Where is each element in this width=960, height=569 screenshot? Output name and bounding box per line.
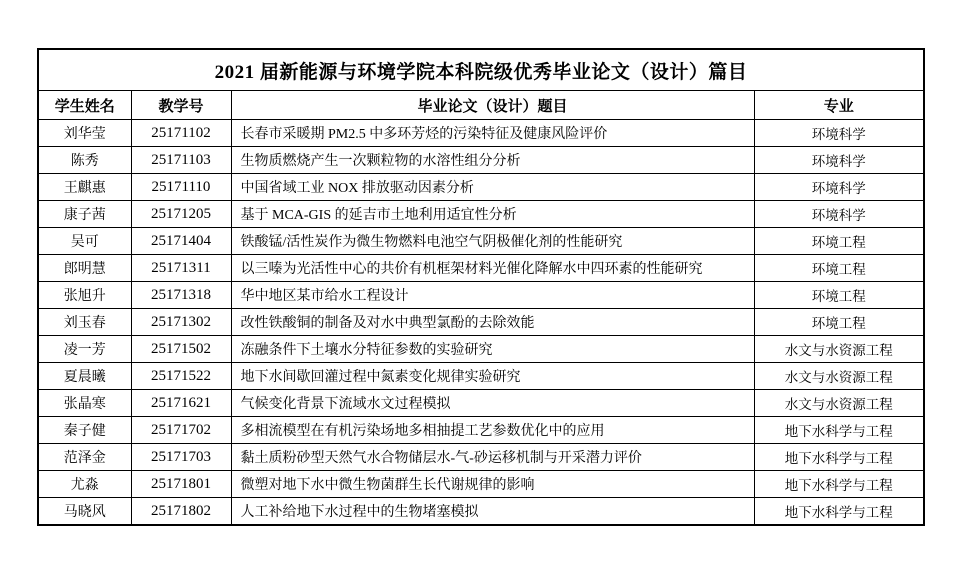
student-name-cell: 张晶寒 — [38, 390, 131, 417]
student-id-cell: 25171102 — [131, 120, 231, 147]
table-row: 王麒惠25171110中国省域工业 NOX 排放驱动因素分析环境科学 — [38, 174, 924, 201]
column-header-student-name: 学生姓名 — [38, 91, 131, 120]
table-title-row: 2021 届新能源与环境学院本科院级优秀毕业论文（设计）篇目 — [38, 49, 924, 91]
student-id-cell: 25171801 — [131, 471, 231, 498]
student-name-cell: 王麒惠 — [38, 174, 131, 201]
thesis-title-cell: 改性铁酸铜的制备及对水中典型氯酚的去除效能 — [231, 309, 754, 336]
student-id-cell: 25171702 — [131, 417, 231, 444]
major-cell: 环境工程 — [754, 282, 924, 309]
table-row: 吴可25171404铁酸锰/活性炭作为微生物燃料电池空气阴极催化剂的性能研究环境… — [38, 228, 924, 255]
major-cell: 水文与水资源工程 — [754, 363, 924, 390]
student-name-cell: 刘玉春 — [38, 309, 131, 336]
student-name-cell: 凌一芳 — [38, 336, 131, 363]
document-page: 2021 届新能源与环境学院本科院级优秀毕业论文（设计）篇目 学生姓名 教学号 … — [0, 0, 960, 569]
student-name-cell: 秦子健 — [38, 417, 131, 444]
student-name-cell: 吴可 — [38, 228, 131, 255]
column-header-student-id: 教学号 — [131, 91, 231, 120]
table-header-row: 学生姓名 教学号 毕业论文（设计）题目 专业 — [38, 91, 924, 120]
table-row: 尤淼25171801微塑对地下水中微生物菌群生长代谢规律的影响地下水科学与工程 — [38, 471, 924, 498]
student-name-cell: 康子茜 — [38, 201, 131, 228]
student-id-cell: 25171205 — [131, 201, 231, 228]
student-id-cell: 25171703 — [131, 444, 231, 471]
student-name-cell: 张旭升 — [38, 282, 131, 309]
student-name-cell: 尤淼 — [38, 471, 131, 498]
major-cell: 地下水科学与工程 — [754, 498, 924, 526]
student-id-cell: 25171318 — [131, 282, 231, 309]
thesis-title-cell: 长春市采暖期 PM2.5 中多环芳烃的污染特征及健康风险评价 — [231, 120, 754, 147]
table-row: 陈秀25171103生物质燃烧产生一次颗粒物的水溶性组分分析环境科学 — [38, 147, 924, 174]
thesis-title-cell: 华中地区某市给水工程设计 — [231, 282, 754, 309]
table-row: 凌一芳25171502冻融条件下土壤水分特征参数的实验研究水文与水资源工程 — [38, 336, 924, 363]
student-id-cell: 25171621 — [131, 390, 231, 417]
student-name-cell: 夏晨曦 — [38, 363, 131, 390]
student-id-cell: 25171802 — [131, 498, 231, 526]
major-cell: 环境科学 — [754, 120, 924, 147]
table-title: 2021 届新能源与环境学院本科院级优秀毕业论文（设计）篇目 — [38, 49, 924, 91]
major-cell: 环境工程 — [754, 255, 924, 282]
table-body: 刘华莹25171102长春市采暖期 PM2.5 中多环芳烃的污染特征及健康风险评… — [38, 120, 924, 526]
thesis-title-cell: 黏土质粉砂型天然气水合物储层水-气-砂运移机制与开采潜力评价 — [231, 444, 754, 471]
major-cell: 环境工程 — [754, 309, 924, 336]
major-cell: 地下水科学与工程 — [754, 417, 924, 444]
major-cell: 水文与水资源工程 — [754, 390, 924, 417]
thesis-title-cell: 中国省域工业 NOX 排放驱动因素分析 — [231, 174, 754, 201]
student-id-cell: 25171311 — [131, 255, 231, 282]
student-id-cell: 25171404 — [131, 228, 231, 255]
column-header-thesis-title: 毕业论文（设计）题目 — [231, 91, 754, 120]
student-id-cell: 25171103 — [131, 147, 231, 174]
student-name-cell: 马晓风 — [38, 498, 131, 526]
major-cell: 环境科学 — [754, 147, 924, 174]
column-header-major: 专业 — [754, 91, 924, 120]
thesis-title-cell: 生物质燃烧产生一次颗粒物的水溶性组分分析 — [231, 147, 754, 174]
thesis-table: 2021 届新能源与环境学院本科院级优秀毕业论文（设计）篇目 学生姓名 教学号 … — [37, 48, 925, 526]
thesis-title-cell: 冻融条件下土壤水分特征参数的实验研究 — [231, 336, 754, 363]
student-id-cell: 25171502 — [131, 336, 231, 363]
student-id-cell: 25171302 — [131, 309, 231, 336]
major-cell: 地下水科学与工程 — [754, 444, 924, 471]
table-row: 张晶寒25171621气候变化背景下流域水文过程模拟水文与水资源工程 — [38, 390, 924, 417]
student-id-cell: 25171522 — [131, 363, 231, 390]
table-row: 康子茜25171205基于 MCA-GIS 的延吉市土地利用适宜性分析环境科学 — [38, 201, 924, 228]
thesis-title-cell: 基于 MCA-GIS 的延吉市土地利用适宜性分析 — [231, 201, 754, 228]
table-row: 秦子健25171702多相流模型在有机污染场地多相抽提工艺参数优化中的应用地下水… — [38, 417, 924, 444]
student-name-cell: 刘华莹 — [38, 120, 131, 147]
major-cell: 环境科学 — [754, 174, 924, 201]
table-row: 刘玉春25171302改性铁酸铜的制备及对水中典型氯酚的去除效能环境工程 — [38, 309, 924, 336]
major-cell: 环境工程 — [754, 228, 924, 255]
thesis-title-cell: 多相流模型在有机污染场地多相抽提工艺参数优化中的应用 — [231, 417, 754, 444]
student-name-cell: 陈秀 — [38, 147, 131, 174]
thesis-title-cell: 气候变化背景下流域水文过程模拟 — [231, 390, 754, 417]
student-name-cell: 郎明慧 — [38, 255, 131, 282]
student-name-cell: 范泽金 — [38, 444, 131, 471]
student-id-cell: 25171110 — [131, 174, 231, 201]
table-row: 马晓风25171802人工补给地下水过程中的生物堵塞模拟地下水科学与工程 — [38, 498, 924, 526]
major-cell: 环境科学 — [754, 201, 924, 228]
thesis-title-cell: 铁酸锰/活性炭作为微生物燃料电池空气阴极催化剂的性能研究 — [231, 228, 754, 255]
thesis-title-cell: 微塑对地下水中微生物菌群生长代谢规律的影响 — [231, 471, 754, 498]
major-cell: 水文与水资源工程 — [754, 336, 924, 363]
major-cell: 地下水科学与工程 — [754, 471, 924, 498]
table-row: 范泽金25171703黏土质粉砂型天然气水合物储层水-气-砂运移机制与开采潜力评… — [38, 444, 924, 471]
thesis-title-cell: 以三嗪为光活性中心的共价有机框架材料光催化降解水中四环素的性能研究 — [231, 255, 754, 282]
table-row: 郎明慧25171311以三嗪为光活性中心的共价有机框架材料光催化降解水中四环素的… — [38, 255, 924, 282]
table-row: 夏晨曦25171522地下水间歇回灌过程中氮素变化规律实验研究水文与水资源工程 — [38, 363, 924, 390]
thesis-title-cell: 人工补给地下水过程中的生物堵塞模拟 — [231, 498, 754, 526]
thesis-title-cell: 地下水间歇回灌过程中氮素变化规律实验研究 — [231, 363, 754, 390]
table-row: 张旭升25171318华中地区某市给水工程设计环境工程 — [38, 282, 924, 309]
table-row: 刘华莹25171102长春市采暖期 PM2.5 中多环芳烃的污染特征及健康风险评… — [38, 120, 924, 147]
